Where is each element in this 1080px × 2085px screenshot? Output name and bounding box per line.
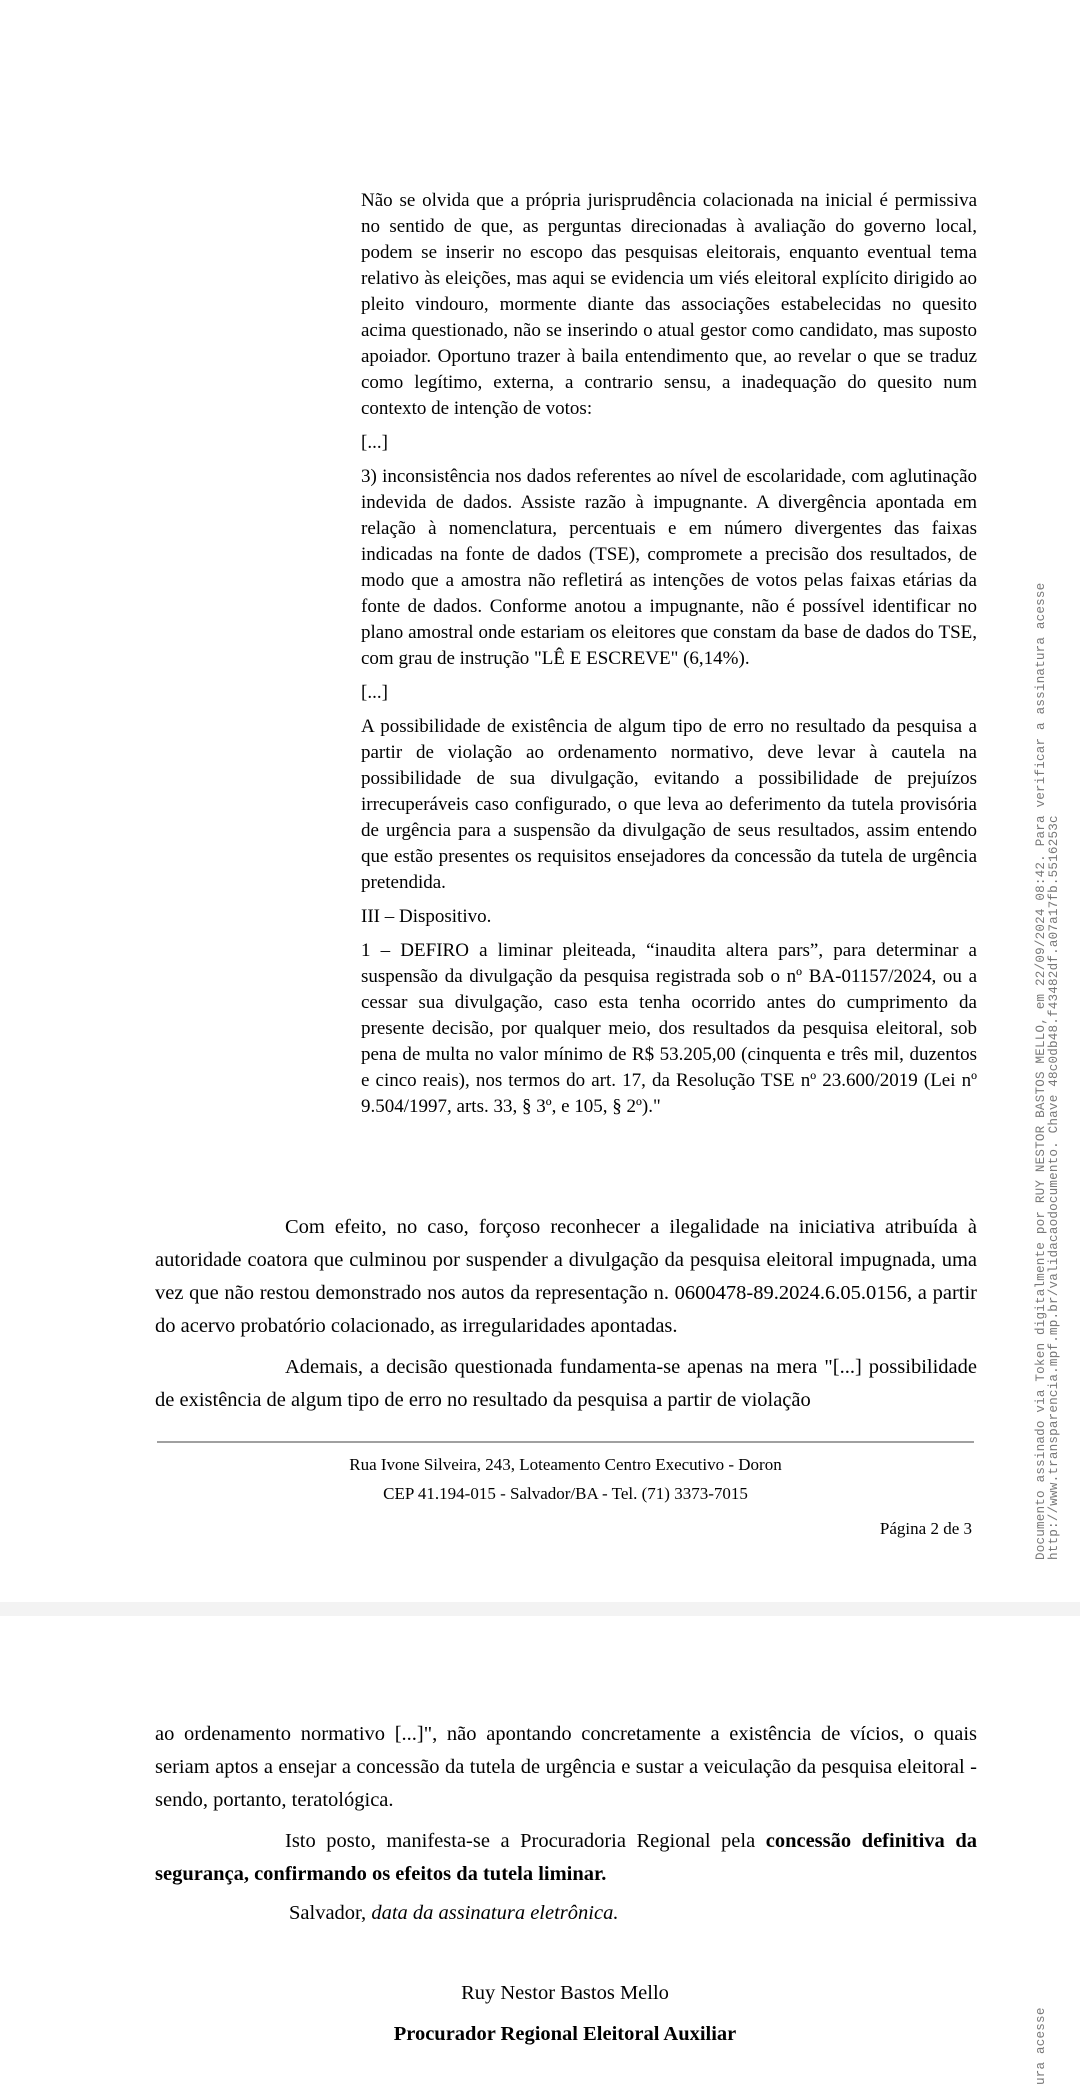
signature-stamp-line2: http://www.transparencia.mpf.mp.br/valid…	[1048, 815, 1061, 1560]
body-text-block: ao ordenamento normativo [...]", não apo…	[155, 1718, 977, 1899]
page-number: Página 2 de 3	[880, 1518, 972, 1540]
quote-paragraph: Não se olvida que a própria jurisprudênc…	[361, 188, 977, 422]
quoted-decision-block: Não se olvida que a própria jurisprudênc…	[361, 188, 977, 1128]
quote-paragraph: 1 – DEFIRO a liminar pleiteada, “inaudit…	[361, 938, 977, 1120]
quote-paragraph: 3) inconsistência nos dados referentes a…	[361, 464, 977, 672]
quote-ellipsis: [...]	[361, 430, 977, 456]
conclusion-paragraph: Isto posto, manifesta-se a Procuradoria …	[155, 1825, 977, 1891]
signature-stamp-partial: ura acesse	[1035, 2007, 1048, 2085]
document-page-3: ao ordenamento normativo [...]", não apo…	[0, 1616, 1080, 2085]
footer-divider	[157, 1441, 974, 1443]
body-text-block: Com efeito, no caso, forçoso reconhecer …	[155, 1211, 977, 1425]
body-paragraph-continued: ao ordenamento normativo [...]", não apo…	[155, 1718, 977, 1817]
footer-address-line2: CEP 41.194-015 - Salvador/BA - Tel. (71)…	[157, 1483, 974, 1505]
signer-title: Procurador Regional Eleitoral Auxiliar	[0, 2021, 1080, 2047]
footer-address-line1: Rua Ivone Silveira, 243, Loteamento Cent…	[157, 1454, 974, 1476]
body-paragraph: Ademais, a decisão questionada fundament…	[155, 1351, 977, 1417]
page-separator	[0, 1602, 1080, 1616]
document-page-2: Não se olvida que a própria jurisprudênc…	[0, 0, 1080, 1602]
signer-name: Ruy Nestor Bastos Mello	[0, 1980, 1080, 2006]
quote-section-heading: III – Dispositivo.	[361, 904, 977, 930]
closing-place: Salvador,	[289, 1902, 371, 1924]
quote-paragraph: A possibilidade de existência de algum t…	[361, 714, 977, 896]
conclusion-text: Isto posto, manifesta-se a Procuradoria …	[285, 1830, 766, 1852]
quote-ellipsis: [...]	[361, 680, 977, 706]
body-paragraph: Com efeito, no caso, forçoso reconhecer …	[155, 1211, 977, 1343]
closing-place-date: Salvador, data da assinatura eletrônica.	[289, 1900, 618, 1926]
closing-date: data da assinatura eletrônica.	[371, 1902, 618, 1924]
